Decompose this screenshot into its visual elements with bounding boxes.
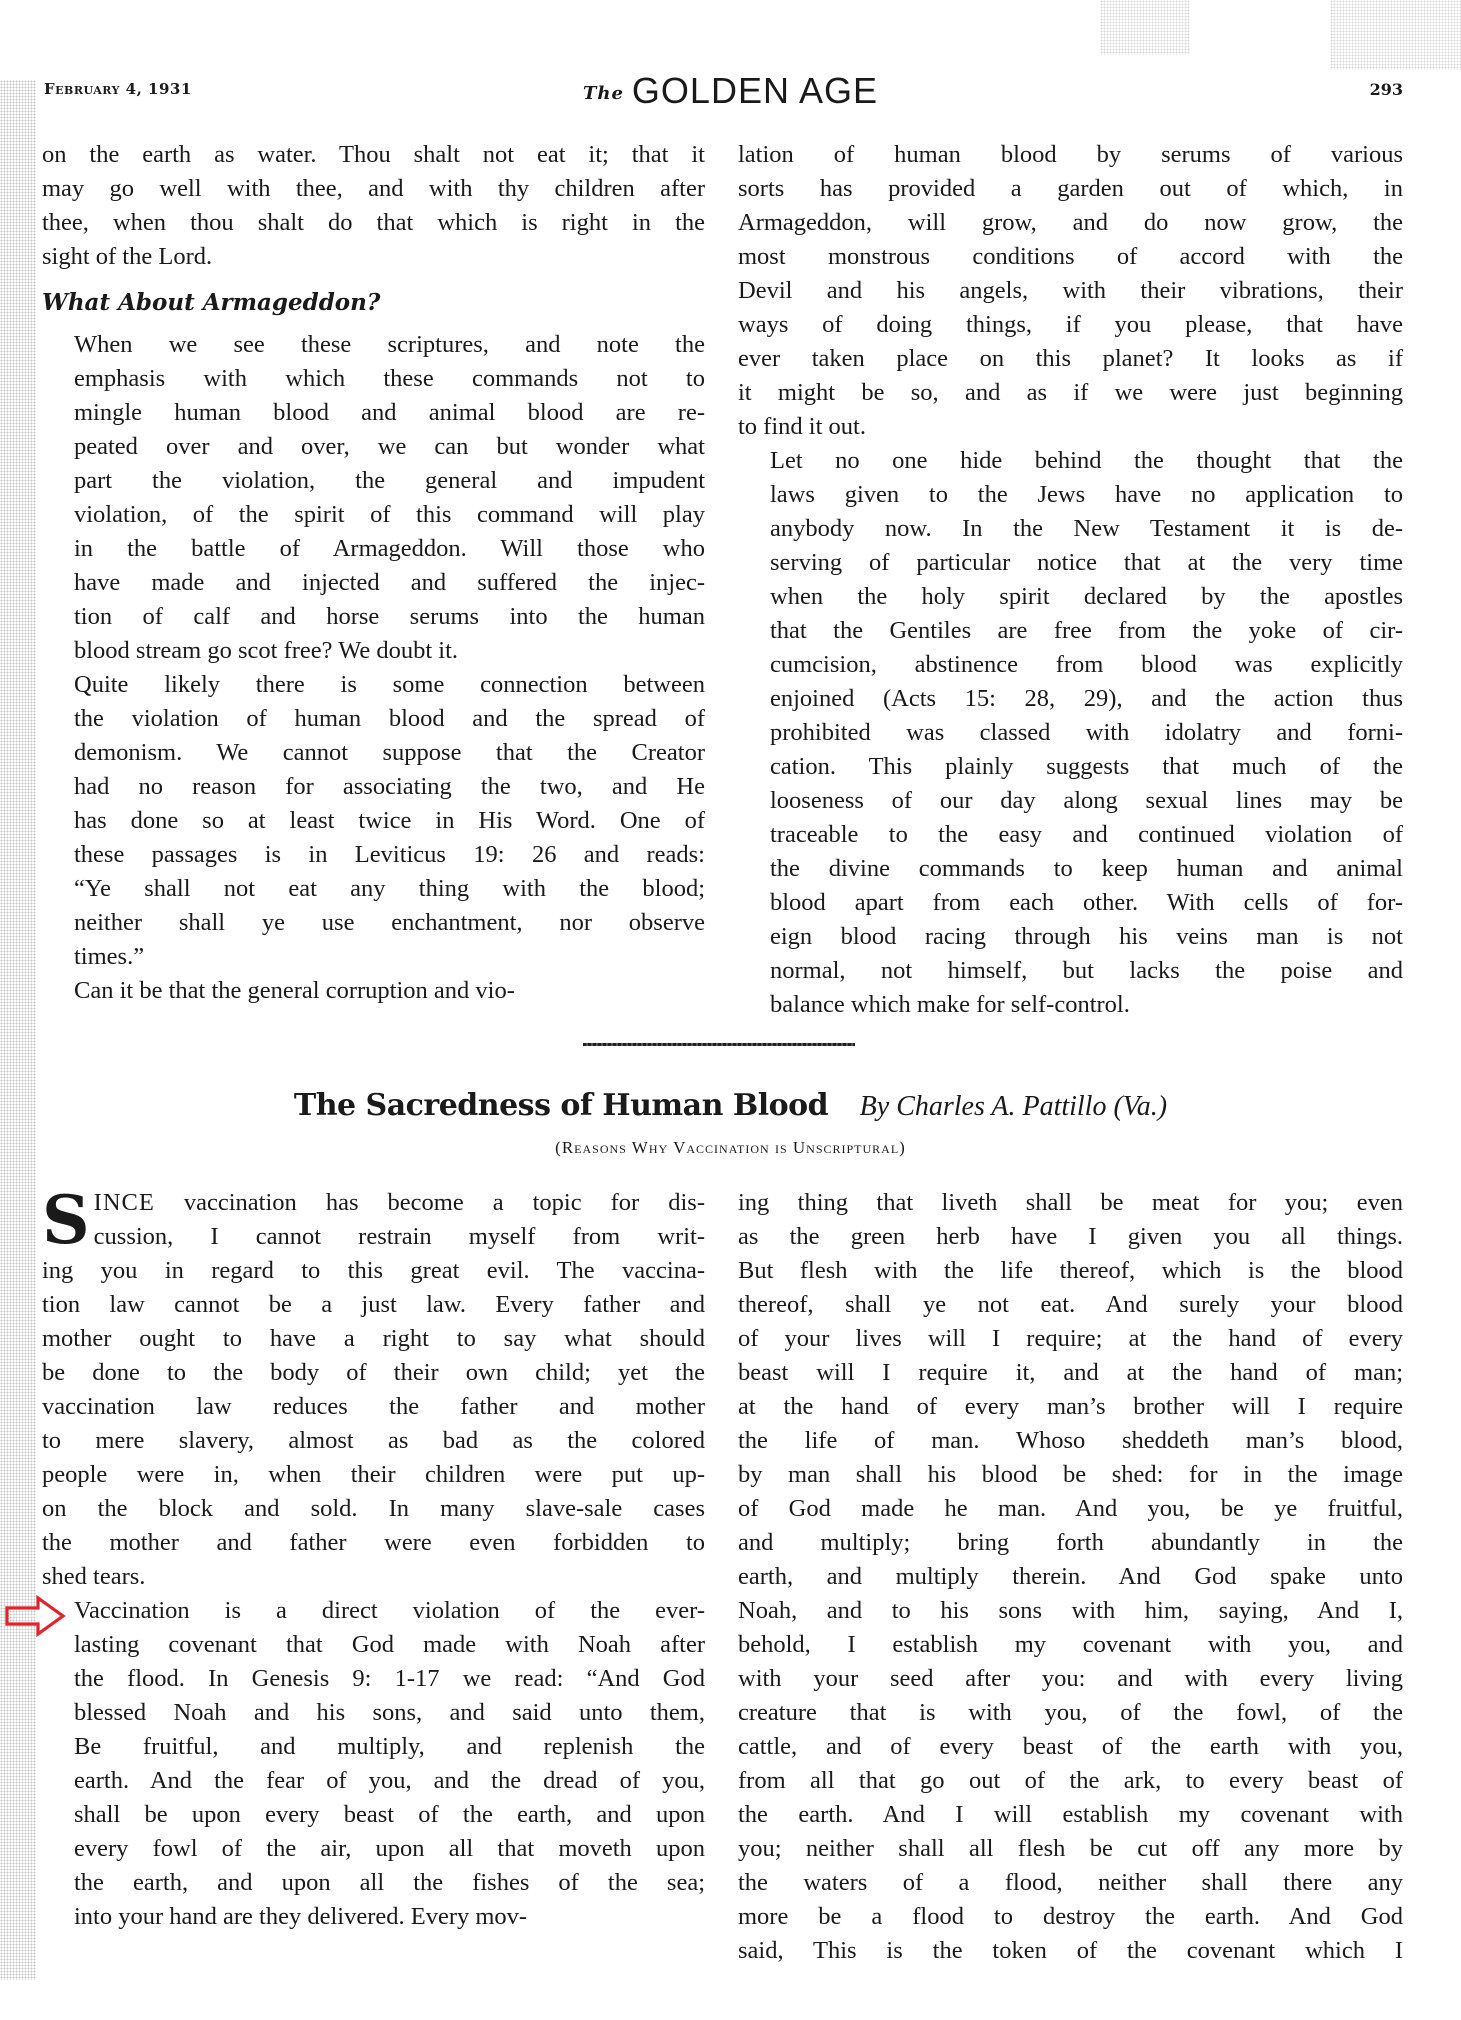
text-line: normal, not himself, but lacks the poise…	[738, 954, 1403, 988]
text-line: mother ought to have a right to say what…	[42, 1322, 705, 1356]
text-line: earth, and multiply therein. And God spa…	[738, 1560, 1403, 1594]
paragraph: Vaccination is a direct violation of the…	[42, 1594, 705, 1934]
text-line: the divine commands to keep human and an…	[738, 852, 1403, 886]
text-line: more be a flood to destroy the earth. An…	[738, 1900, 1403, 1934]
text-line: thee, when thou shalt do that which is r…	[42, 206, 705, 240]
text-line: Noah, and to his sons with him, saying, …	[738, 1594, 1403, 1628]
text-line: ing you in regard to this great evil. Th…	[42, 1254, 705, 1288]
text-line: ever taken place on this planet? It look…	[738, 342, 1403, 376]
text-line: INCE vaccination has become a topic for …	[42, 1186, 705, 1220]
text-line: most monstrous conditions of accord with…	[738, 240, 1403, 274]
scan-halftone-top-right	[1330, 0, 1461, 70]
article-byline: By Charles A. Pattillo (Va.)	[860, 1091, 1167, 1122]
magazine-title: TheGOLDEN AGE	[0, 70, 1461, 112]
text-line: part the violation, the general and impu…	[42, 464, 705, 498]
text-line: sorts has provided a garden out of which…	[738, 172, 1403, 206]
article-subtitle: (Reasons Why Vaccination is Unscriptural…	[0, 1138, 1461, 1158]
drop-cap: S	[42, 1192, 90, 1248]
text-line: ing thing that liveth shall be meat for …	[738, 1186, 1403, 1220]
scan-halftone-top-center	[1100, 0, 1190, 55]
text-line: of your lives will I require; at the han…	[738, 1322, 1403, 1356]
text-line: cumcision, abstinence from blood was exp…	[738, 648, 1403, 682]
article-left-column: S INCE vaccination has become a topic fo…	[42, 1186, 705, 1934]
paragraph-opening: S INCE vaccination has become a topic fo…	[42, 1186, 705, 1594]
article-title: The Sacredness of Human Blood	[294, 1088, 828, 1123]
text-line: shed tears.	[42, 1560, 705, 1594]
magazine-title-prefix: The	[583, 83, 624, 104]
text-line: beast will I require it, and at the hand…	[738, 1356, 1403, 1390]
top-left-column: on the earth as water. Thou shalt not ea…	[42, 138, 705, 1008]
text-line: Quite likely there is some connection be…	[42, 668, 705, 702]
text-line: demonism. We cannot suppose that the Cre…	[42, 736, 705, 770]
text-line: of God made he man. And you, be ye fruit…	[738, 1492, 1403, 1526]
text-line: tion of calf and horse serums into the h…	[42, 600, 705, 634]
text-line: may go well with thee, and with thy chil…	[42, 172, 705, 206]
text-line: the life of man. Whoso sheddeth man’s bl…	[738, 1424, 1403, 1458]
text-line: neither shall ye use enchantment, nor ob…	[42, 906, 705, 940]
text-line: emphasis with which these commands not t…	[42, 362, 705, 396]
text-line: that the Gentiles are free from the yoke…	[738, 614, 1403, 648]
text-line: lasting covenant that God made with Noah…	[42, 1628, 705, 1662]
text-line: have made and injected and suffered the …	[42, 566, 705, 600]
text-line: every fowl of the air, upon all that mov…	[42, 1832, 705, 1866]
text-line: anybody now. In the New Testament it is …	[738, 512, 1403, 546]
text-line: these passages is in Leviticus 19: 26 an…	[42, 838, 705, 872]
text-line: Armageddon, will grow, and do now grow, …	[738, 206, 1403, 240]
text-line: Let no one hide behind the thought that …	[738, 444, 1403, 478]
text-line: Be fruitful, and multiply, and replenish…	[42, 1730, 705, 1764]
text-line: with your seed after you: and with every…	[738, 1662, 1403, 1696]
text-line: when the holy spirit declared by the apo…	[738, 580, 1403, 614]
text-line: from all that go out of the ark, to ever…	[738, 1764, 1403, 1798]
text-line: laws given to the Jews have no applicati…	[738, 478, 1403, 512]
text-line: the earth. And I will establish my coven…	[738, 1798, 1403, 1832]
text-line: tion law cannot be a just law. Every fat…	[42, 1288, 705, 1322]
text-line: as the green herb have I given you all t…	[738, 1220, 1403, 1254]
text-line: violation, of the spirit of this command…	[42, 498, 705, 532]
page-number: 293	[1370, 80, 1403, 99]
text-line: and multiply; bring forth abundantly in …	[738, 1526, 1403, 1560]
text-line: Can it be that the general corruption an…	[42, 974, 705, 1008]
text-line: ways of doing things, if you please, tha…	[738, 308, 1403, 342]
text-line: vaccination law reduces the father and m…	[42, 1390, 705, 1424]
text-line: earth. And the fear of you, and the drea…	[42, 1764, 705, 1798]
text-line: Vaccination is a direct violation of the…	[42, 1594, 705, 1628]
text-line: shall be upon every beast of the earth, …	[42, 1798, 705, 1832]
text-line: had no reason for associating the two, a…	[42, 770, 705, 804]
text-line: blood stream go scot free? We doubt it.	[42, 634, 705, 668]
subheading: What About Armageddon?	[42, 286, 705, 320]
opening-word: INCE	[94, 1189, 155, 1216]
text-line: When we see these scriptures, and note t…	[42, 328, 705, 362]
text-line: on the earth as water. Thou shalt not ea…	[42, 138, 705, 172]
text-line: the flood. In Genesis 9: 1-17 we read: “…	[42, 1662, 705, 1696]
text-line: blessed Noah and his sons, and said unto…	[42, 1696, 705, 1730]
text-line: balance which make for self-control.	[738, 988, 1403, 1022]
text-line: in the battle of Armageddon. Will those …	[42, 532, 705, 566]
section-divider-rule	[583, 1043, 855, 1046]
article-subtitle-text: (Reasons Why Vaccination is Unscriptural…	[555, 1138, 906, 1157]
text-line: traceable to the easy and continued viol…	[738, 818, 1403, 852]
text-line: it might be so, and as if we were just b…	[738, 376, 1403, 410]
paragraph: on the earth as water. Thou shalt not ea…	[42, 138, 705, 274]
text-line: thereof, shall ye not eat. And surely yo…	[738, 1288, 1403, 1322]
text-line: by man shall his blood be shed: for in t…	[738, 1458, 1403, 1492]
text-line: cation. This plainly suggests that much …	[738, 750, 1403, 784]
text-line: mingle human blood and animal blood are …	[42, 396, 705, 430]
text-line: lation of human blood by serums of vario…	[738, 138, 1403, 172]
text-line: eign blood racing through his veins man …	[738, 920, 1403, 954]
text-line: cattle, and of every beast of the earth …	[738, 1730, 1403, 1764]
running-head: February 4, 1931 TheGOLDEN AGE 293	[0, 70, 1461, 110]
text-line: the violation of human blood and the spr…	[42, 702, 705, 736]
text-line: times.”	[42, 940, 705, 974]
scan-halftone-left-margin	[0, 80, 36, 1980]
paragraph: When we see these scriptures, and note t…	[42, 328, 705, 668]
text-line: at the hand of every man’s brother will …	[738, 1390, 1403, 1424]
text-line: the mother and father were even forbidde…	[42, 1526, 705, 1560]
text-line: But flesh with the life thereof, which i…	[738, 1254, 1403, 1288]
paragraph: Can it be that the general corruption an…	[42, 974, 705, 1008]
text-line: the waters of a flood, neither shall the…	[738, 1866, 1403, 1900]
text-line: enjoined (Acts 15: 28, 29), and the acti…	[738, 682, 1403, 716]
paragraph: lation of human blood by serums of vario…	[738, 138, 1403, 444]
text-line: people were in, when their children were…	[42, 1458, 705, 1492]
top-right-column: lation of human blood by serums of vario…	[738, 138, 1403, 1022]
text-line: serving of particular notice that at the…	[738, 546, 1403, 580]
magazine-title-main: GOLDEN AGE	[632, 70, 878, 111]
text-line: be done to the body of their own child; …	[42, 1356, 705, 1390]
right-arrow-outline-icon	[4, 1595, 66, 1637]
text-line: said, This is the token of the covenant …	[738, 1934, 1403, 1968]
text-line: creature that is with you, of the fowl, …	[738, 1696, 1403, 1730]
text-line: sight of the Lord.	[42, 240, 705, 274]
text-line: blood apart from each other. With cells …	[738, 886, 1403, 920]
text-line: behold, I establish my covenant with you…	[738, 1628, 1403, 1662]
text-line: peated over and over, we can but wonder …	[42, 430, 705, 464]
article-right-column: ing thing that liveth shall be meat for …	[738, 1186, 1403, 1968]
text-line: Devil and his angels, with their vibrati…	[738, 274, 1403, 308]
text-line: on the block and sold. In many slave-sal…	[42, 1492, 705, 1526]
paragraph: ing thing that liveth shall be meat for …	[738, 1186, 1403, 1968]
text-line: the earth, and upon all the fishes of th…	[42, 1866, 705, 1900]
text-line: prohibited was classed with idolatry and…	[738, 716, 1403, 750]
text-line: cussion, I cannot restrain myself from w…	[42, 1220, 705, 1254]
text-line: “Ye shall not eat any thing with the blo…	[42, 872, 705, 906]
text-line: to find it out.	[738, 410, 1403, 444]
text-line: into your hand are they delivered. Every…	[42, 1900, 705, 1934]
paragraph: Quite likely there is some connection be…	[42, 668, 705, 974]
text-line: to mere slavery, almost as bad as the co…	[42, 1424, 705, 1458]
paragraph: Let no one hide behind the thought that …	[738, 444, 1403, 1022]
text-line: you; neither shall all flesh be cut off …	[738, 1832, 1403, 1866]
article-heading: The Sacredness of Human Blood By Charles…	[0, 1088, 1461, 1123]
opening-lines: INCE vaccination has become a topic for …	[42, 1186, 705, 1594]
text-line: looseness of our day along sexual lines …	[738, 784, 1403, 818]
text-line: has done so at least twice in His Word. …	[42, 804, 705, 838]
